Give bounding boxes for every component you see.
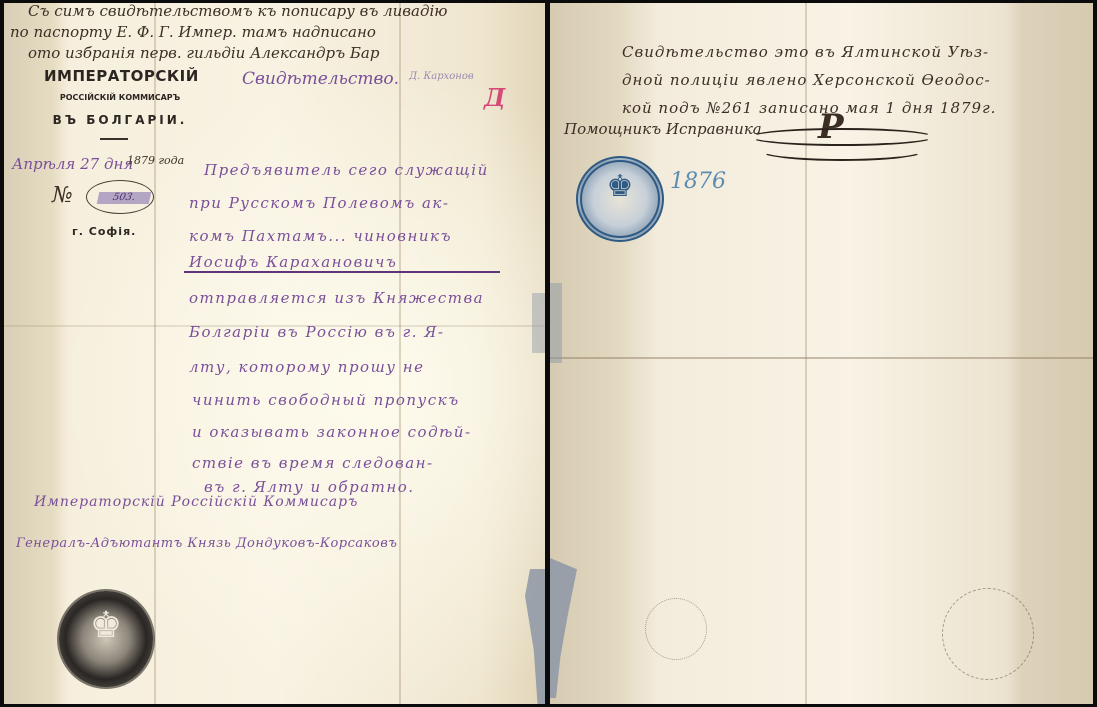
imperial-seal-black: ♚ — [59, 591, 153, 687]
faded-seal-impression — [645, 598, 707, 660]
signature-flourish — [760, 141, 924, 161]
endorsement-line: дной полиціи явлено Херсонской Ѳеодос- — [622, 71, 991, 89]
endorsement-title: Помощникъ Исправника — [564, 120, 762, 138]
document-heading: Свидѣтельство. — [242, 69, 399, 89]
body-line: лту, которому прошу не — [189, 358, 425, 376]
name-underline — [184, 271, 500, 273]
paper-damage — [550, 283, 562, 363]
body-line: отправляется изъ Княжества — [189, 289, 484, 307]
endorsement-line: кой подъ №261 записано мая 1 дня 1879г. — [622, 99, 996, 117]
right-page: Свидѣтельство это въ Ялтинской Уѣз- дной… — [550, 3, 1093, 704]
top-annotation-line: ото избранія перв. гильдіи Александръ Ба… — [28, 44, 379, 62]
body-line: чинить свободный пропускъ — [192, 391, 460, 409]
paper-damage — [532, 293, 545, 353]
red-mark: Д — [484, 83, 505, 112]
body-line: и оказывать законное содѣй- — [192, 423, 472, 441]
letterhead-subtitle: РОССІЙСКІЙ КОММИСАРЪ — [42, 93, 198, 102]
top-annotation-line: по паспорту Е. Ф. Г. Импер. тамъ надписа… — [10, 23, 376, 41]
body-line: Болгаріи въ Россію въ г. Я- — [189, 323, 444, 341]
body-line: ствіе въ время следован- — [192, 454, 434, 472]
eagle-icon: ♚ — [59, 608, 153, 644]
left-page: Съ симъ свидѣтельствомъ къ пописару въ л… — [4, 3, 545, 704]
body-line: комъ Пахтамъ... чиновникъ — [189, 227, 452, 245]
number-value: 503. — [97, 192, 152, 204]
faded-seal-impression — [942, 588, 1034, 680]
signature-line: Императорскій Россійскій Коммисаръ — [34, 494, 358, 510]
date-handwritten: Апрѣля 27 дня — [12, 155, 133, 173]
letterhead-title: ИМПЕРАТОРСКІЙ — [44, 67, 194, 85]
date-year: 1879 года — [127, 154, 184, 167]
imperial-seal-blue: ♚ — [576, 156, 664, 242]
number-label: № — [52, 183, 73, 208]
body-line-name: Иосифъ Карахановичъ — [189, 253, 397, 271]
body-line: Предъявитель сего служащій — [204, 161, 489, 179]
letterhead-rule — [100, 138, 128, 140]
heading-note: Д. Кархонов — [409, 71, 474, 82]
fold-crease — [154, 3, 156, 704]
pencil-note: 1876 — [670, 169, 726, 194]
paper-damage — [550, 558, 580, 698]
signature-line: Генералъ-Адъютантъ Князь Дондуковъ-Корса… — [16, 536, 397, 551]
eagle-icon: ♚ — [582, 172, 658, 202]
letterhead-location: ВЪ БОЛГАРІИ. — [42, 113, 198, 127]
paper-damage — [520, 569, 545, 704]
top-annotation-line: Съ симъ свидѣтельствомъ къ пописару въ л… — [28, 3, 448, 20]
fold-crease — [399, 3, 401, 704]
endorsement-line: Свидѣтельство это въ Ялтинской Уѣз- — [622, 43, 989, 61]
fold-crease — [550, 357, 1093, 359]
body-line: при Русскомъ Полевомъ ак- — [189, 194, 449, 212]
city: г. Софія. — [72, 225, 136, 238]
